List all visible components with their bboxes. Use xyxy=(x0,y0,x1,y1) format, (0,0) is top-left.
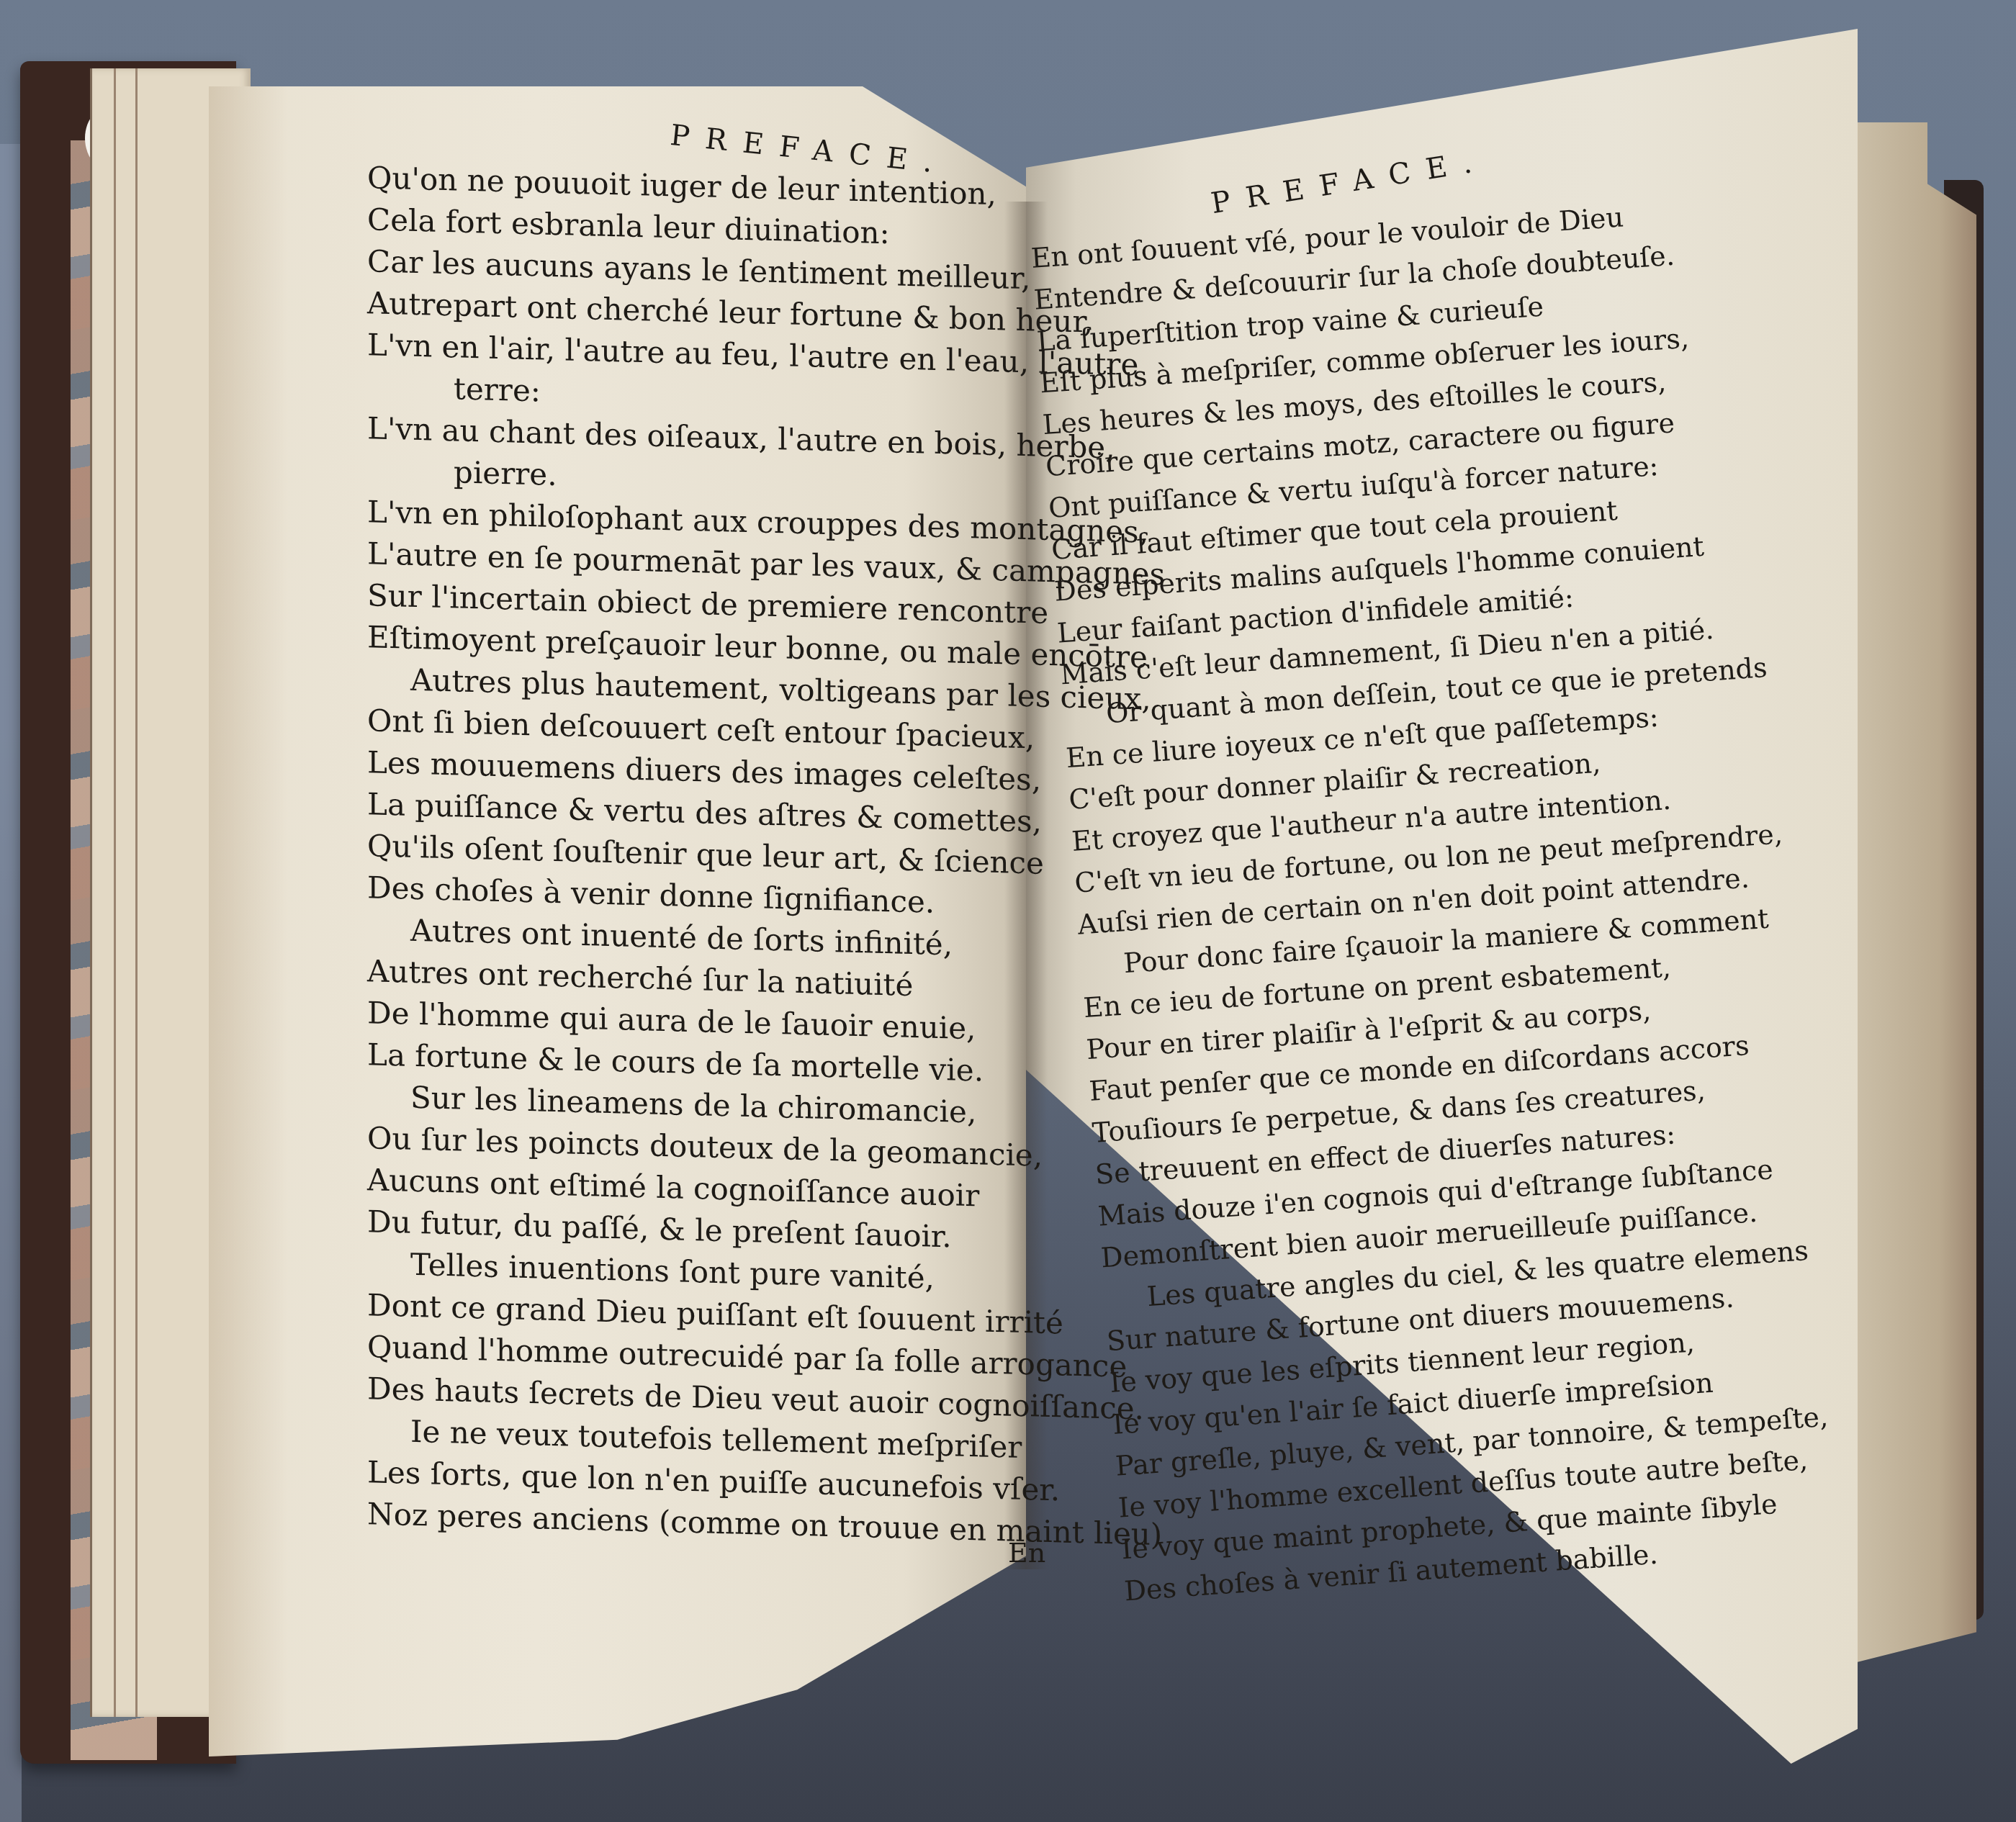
right-page-text: En ont ſouuent vſé, pour le vouloir de D… xyxy=(1030,192,1772,1612)
catchword: En xyxy=(1008,1537,1045,1569)
water-stain xyxy=(209,86,288,1756)
background-surface xyxy=(0,144,22,1822)
left-page-text: Qu'on ne pouuoit iuger de leur intention… xyxy=(367,157,1015,1552)
right-page-stack xyxy=(1854,122,1976,1663)
